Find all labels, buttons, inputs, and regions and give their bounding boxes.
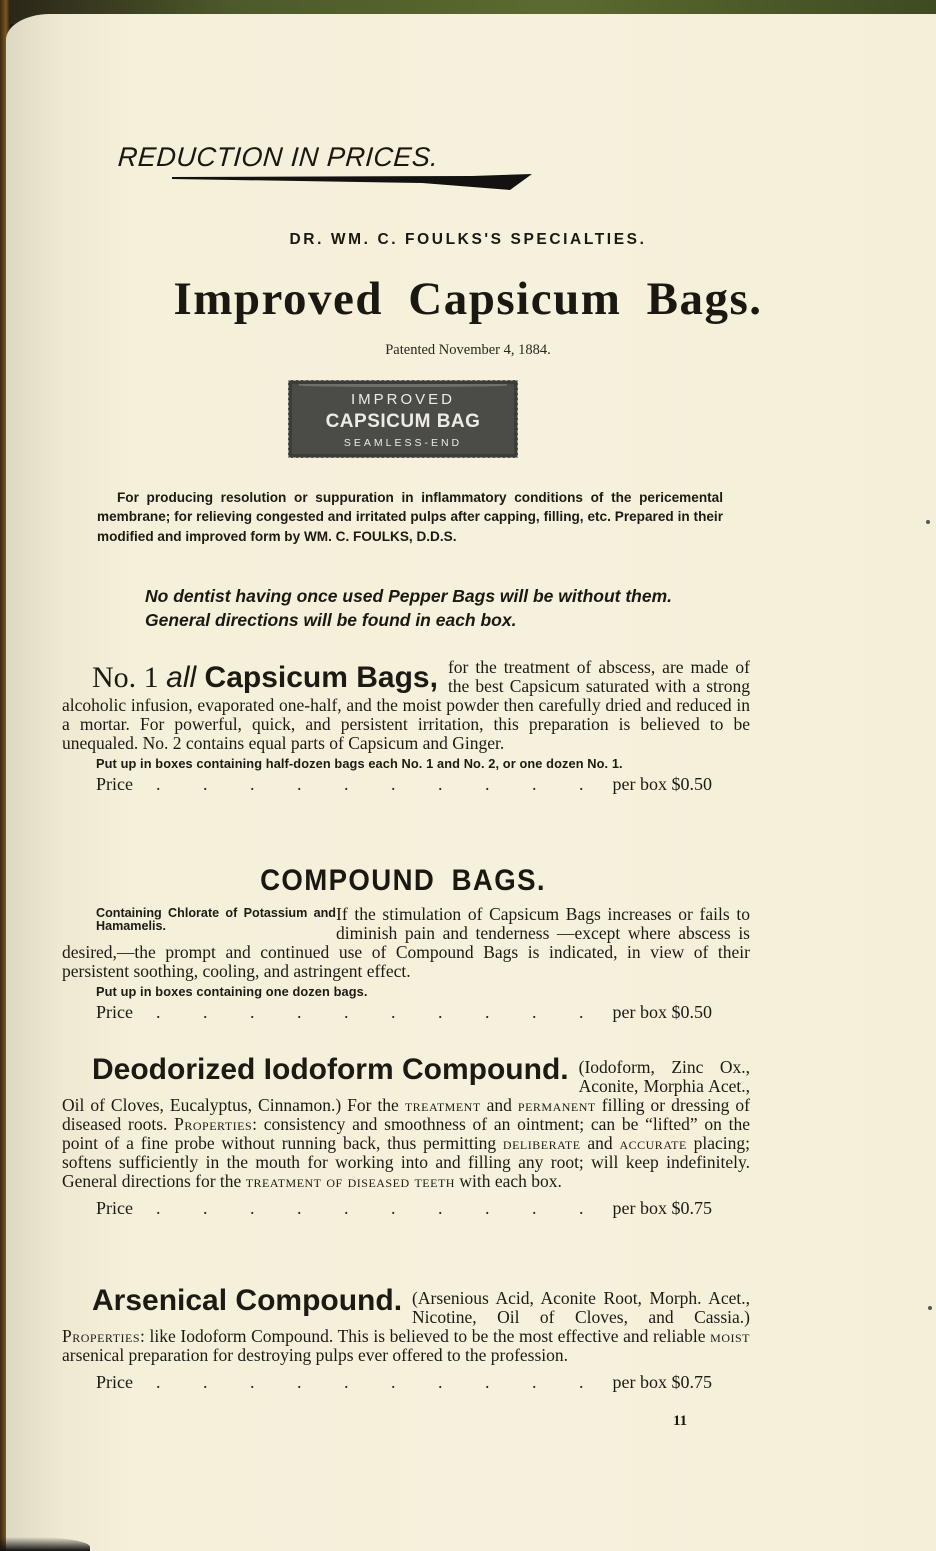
page-title: Improved Capsicum Bags. bbox=[0, 272, 936, 326]
price-label: Price bbox=[96, 1001, 156, 1023]
price-leader-dots: . . . . . . . . . . . bbox=[156, 1197, 613, 1219]
compound-bags-heading: COMPOUND BAGS. bbox=[32, 864, 774, 898]
label-seam bbox=[299, 384, 507, 387]
packaging-note: Put up in boxes containing one dozen bag… bbox=[96, 983, 750, 1001]
notice-line-1: No dentist having once used Pepper Bags … bbox=[145, 584, 765, 608]
capsicum-bag-label-illustration: IMPROVED CAPSICUM BAG SEAMLESS-END bbox=[288, 380, 518, 458]
intro-paragraph: For producing resolution or suppuration … bbox=[97, 488, 723, 546]
notice: No dentist having once used Pepper Bags … bbox=[145, 584, 765, 632]
price-value: per box $0.75 bbox=[613, 1371, 712, 1393]
page-speck bbox=[926, 520, 930, 524]
intro-text: For producing resolution or suppuration … bbox=[97, 490, 723, 544]
banner-heading: REDUCTION IN PRICES. bbox=[117, 142, 440, 173]
patent-date: Patented November 4, 1884. bbox=[0, 342, 936, 359]
page-number: 11 bbox=[673, 1413, 687, 1430]
price-row: Price . . . . . . . . . . . per box $0.7… bbox=[96, 1197, 712, 1219]
banner-swash-underline bbox=[172, 174, 532, 190]
page-speck bbox=[928, 1306, 932, 1310]
notice-line-2: General directions will be found in each… bbox=[145, 608, 765, 632]
price-label: Price bbox=[96, 773, 156, 795]
price-row: Price . . . . . . . . . . . per box $0.5… bbox=[96, 773, 712, 795]
price-leader-dots: . . . . . . . . . . . bbox=[156, 773, 613, 795]
product-iodoform-compound: Deodorized Iodoform Compound. (Iodoform,… bbox=[62, 1052, 750, 1219]
price-leader-dots: . . . . . . . . . . . bbox=[156, 1371, 613, 1393]
specialties-subheading: DR. WM. C. FOULKS'S SPECIALTIES. bbox=[0, 231, 936, 249]
label-line-1: IMPROVED bbox=[289, 391, 517, 408]
label-line-2: CAPSICUM BAG bbox=[289, 411, 517, 433]
product-heading: Deodorized Iodoform Compound. bbox=[92, 1052, 569, 1088]
price-leader-dots: . . . . . . . . . . . bbox=[156, 1001, 613, 1023]
price-label: Price bbox=[96, 1371, 156, 1393]
composition-note: Containing Chlorate of Potassium and Ham… bbox=[96, 907, 336, 933]
product-capsicum-bags: No. 1 all Capsicum Bags, for the treatme… bbox=[62, 656, 750, 795]
price-row: Price . . . . . . . . . . . per box $0.5… bbox=[96, 1001, 712, 1023]
price-value: per box $0.75 bbox=[613, 1197, 712, 1219]
packaging-note: Put up in boxes containing half-dozen ba… bbox=[96, 755, 750, 773]
price-row: Price . . . . . . . . . . . per box $0.7… bbox=[96, 1371, 712, 1393]
product-compound-bags: Containing Chlorate of Potassium and Ham… bbox=[62, 905, 750, 1023]
price-value: per box $0.50 bbox=[613, 1001, 712, 1023]
label-line-3: SEAMLESS-END bbox=[289, 437, 517, 449]
product-heading: No. 1 all Capsicum Bags, bbox=[92, 660, 438, 696]
product-heading: Arsenical Compound. bbox=[92, 1283, 402, 1319]
price-value: per box $0.50 bbox=[613, 773, 712, 795]
price-label: Price bbox=[96, 1197, 156, 1219]
product-arsenical-compound: Arsenical Compound. (Arsenious Acid, Aco… bbox=[62, 1283, 750, 1393]
